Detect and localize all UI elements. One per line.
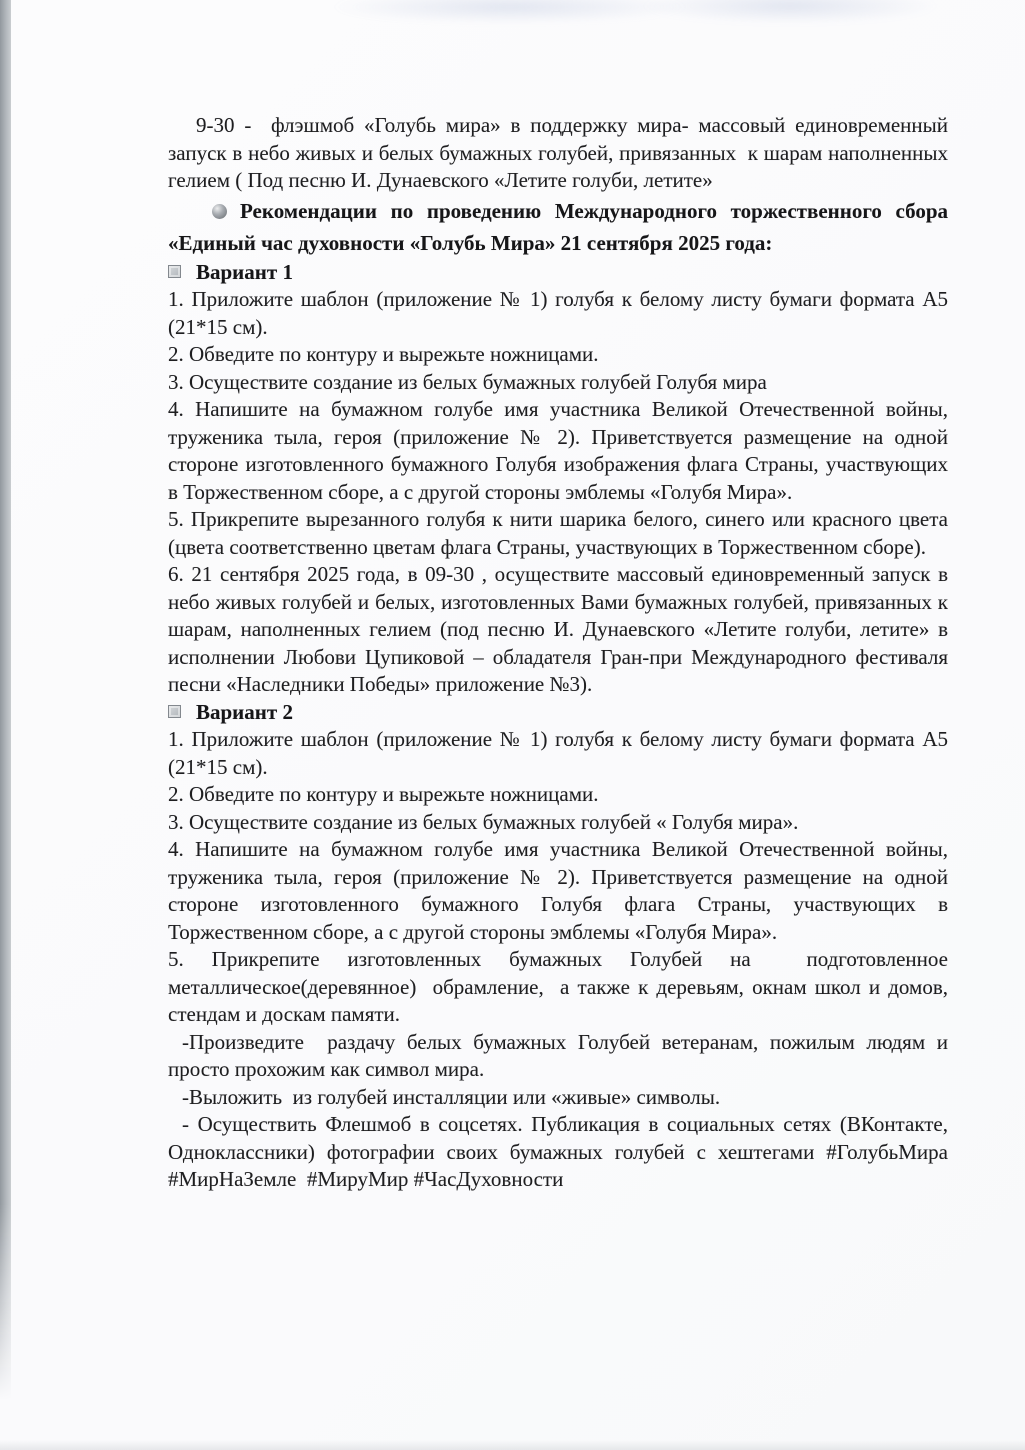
numbered-list-item: 3. Осуществите создание из белых бумажны…	[168, 809, 948, 837]
block-text: 1. Приложите шаблон (приложение № 1) гол…	[168, 727, 953, 779]
scan-smudge-artifact	[640, 0, 940, 24]
block-text: 1. Приложите шаблон (приложение № 1) гол…	[168, 287, 953, 339]
block-text: 5. Прикрепите изготовленных бумажных Гол…	[168, 947, 953, 1026]
body-paragraph: 9-30 - флэшмоб «Голубь мира» в поддержку…	[168, 112, 948, 195]
numbered-list-item: 5. Прикрепите вырезанного голубя к нити …	[168, 506, 948, 561]
scanner-edge-shadow	[0, 0, 11, 1400]
square-bullet-icon	[168, 265, 181, 278]
dash-list-item: -Произведите раздачу белых бумажных Голу…	[168, 1029, 948, 1084]
block-text: 2. Обведите по контуру и вырежьте ножниц…	[168, 342, 599, 366]
scan-smudge-artifact	[330, 0, 690, 24]
scan-bottom-edge	[0, 1440, 1025, 1450]
block-text: 4. Напишите на бумажном голубе имя участ…	[168, 837, 953, 944]
document-body: 9-30 - флэшмоб «Голубь мира» в поддержку…	[168, 112, 948, 1194]
square-bullet-icon	[168, 705, 181, 718]
variant-header: Вариант 1	[168, 259, 948, 287]
block-text: 5. Прикрепите вырезанного голубя к нити …	[168, 507, 953, 559]
numbered-list-item: 3. Осуществите создание из белых бумажны…	[168, 369, 948, 397]
block-text: - Осуществить Флешмоб в соцсетях. Публик…	[168, 1112, 953, 1191]
block-text: Рекомендации по проведению Международног…	[168, 199, 953, 255]
block-text: Вариант 1	[196, 260, 293, 284]
numbered-list-item: 6. 21 сентября 2025 года, в 09-30 , осущ…	[168, 561, 948, 699]
numbered-list-item: 1. Приложите шаблон (приложение № 1) гол…	[168, 286, 948, 341]
circle-bullet-icon	[212, 204, 227, 219]
numbered-list-item: 4. Напишите на бумажном голубе имя участ…	[168, 396, 948, 506]
block-text: 2. Обведите по контуру и вырежьте ножниц…	[168, 782, 599, 806]
numbered-list-item: 4. Напишите на бумажном голубе имя участ…	[168, 836, 948, 946]
block-text: Вариант 2	[196, 700, 293, 724]
numbered-list-item: 2. Обведите по контуру и вырежьте ножниц…	[168, 781, 948, 809]
numbered-list-item: 1. Приложите шаблон (приложение № 1) гол…	[168, 726, 948, 781]
block-text: 3. Осуществите создание из белых бумажны…	[168, 370, 767, 394]
numbered-list-item: 2. Обведите по контуру и вырежьте ножниц…	[168, 341, 948, 369]
scanned-page: 9-30 - флэшмоб «Голубь мира» в поддержку…	[0, 0, 1025, 1450]
section-heading: Рекомендации по проведению Международног…	[168, 195, 948, 259]
block-text: -Произведите раздачу белых бумажных Голу…	[168, 1030, 953, 1082]
dash-list-item: - Осуществить Флешмоб в соцсетях. Публик…	[168, 1111, 948, 1194]
block-text: -Выложить из голубей инсталляции или «жи…	[182, 1085, 720, 1109]
block-text: 6. 21 сентября 2025 года, в 09-30 , осущ…	[168, 562, 953, 696]
variant-header: Вариант 2	[168, 699, 948, 727]
numbered-list-item: 5. Прикрепите изготовленных бумажных Гол…	[168, 946, 948, 1029]
block-text: 3. Осуществите создание из белых бумажны…	[168, 810, 798, 834]
block-text: 4. Напишите на бумажном голубе имя участ…	[168, 397, 953, 504]
block-text: 9-30 - флэшмоб «Голубь мира» в поддержку…	[168, 113, 953, 192]
dash-list-item: -Выложить из голубей инсталляции или «жи…	[168, 1084, 948, 1112]
